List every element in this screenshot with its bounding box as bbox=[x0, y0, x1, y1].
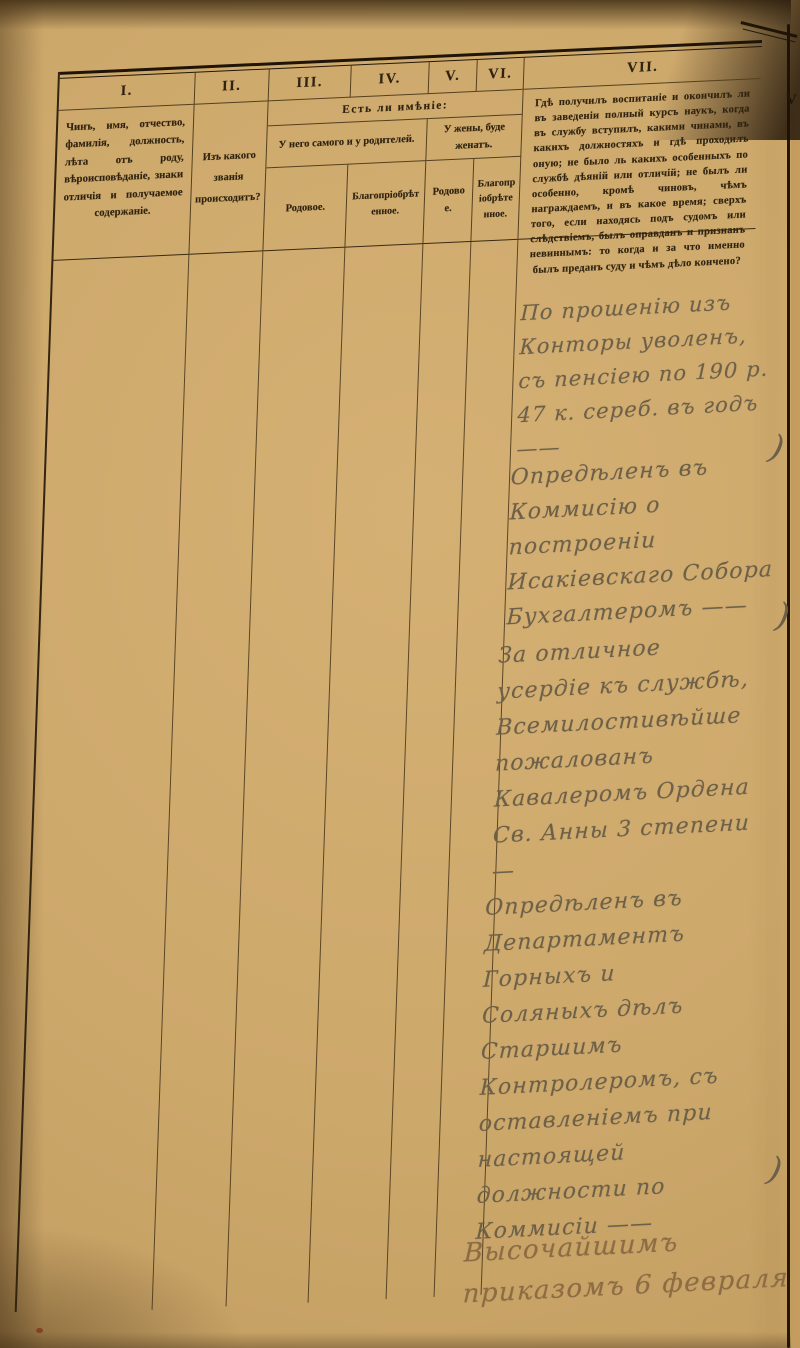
column-rule-3 bbox=[308, 248, 346, 1303]
photo-shadow-bottom bbox=[0, 1332, 800, 1348]
table-header: I. II. III. IV. V. VI. VII. Чинъ, имя, о… bbox=[53, 47, 761, 261]
handwritten-entry-1: По прошенію изъ Конторы уволенъ, съ пенс… bbox=[516, 283, 783, 466]
ink-smudge bbox=[36, 1328, 43, 1333]
service-record-table: I. II. III. IV. V. VI. VII. Чинъ, имя, о… bbox=[15, 40, 762, 1312]
table-body: По прошенію изъ Конторы уволенъ, съ пенс… bbox=[17, 229, 756, 1316]
column-numeral-3: III. bbox=[269, 66, 352, 102]
handwritten-entry-5: Высочайшимъ приказомъ 6 февраля bbox=[462, 1217, 799, 1316]
page-edge bbox=[787, 24, 790, 1348]
header-estate-wife: У жены, буде женатъ. bbox=[426, 115, 522, 161]
column-rule-4 bbox=[386, 244, 424, 1299]
handwritten-entry-4: Опредѣленъ въ Департаментъ Горныхъ и Сол… bbox=[475, 878, 750, 1251]
column-numeral-2: II. bbox=[195, 69, 270, 104]
header-col7-service-history: Гдѣ получилъ воспитаніе и окончилъ ли въ… bbox=[518, 79, 760, 239]
header-estate-self: У него самого и у родителей. bbox=[266, 119, 427, 168]
document-page: V I. II. III. IV. V. VI. VII. Чинъ, имя,… bbox=[0, 0, 800, 1348]
column-numeral-6: VI. bbox=[477, 58, 525, 92]
subheader-self-ancestral: Родовое. bbox=[263, 165, 348, 251]
subheader-self-acquired: Благопріобрѣтенное. bbox=[345, 161, 426, 247]
header-col1-rank-name-description: Чинъ, имя, отчество, фамилія, должность,… bbox=[53, 105, 194, 260]
column-numeral-4: IV. bbox=[351, 62, 430, 98]
margin-flourish-3: ) bbox=[764, 1149, 786, 1191]
handwritten-entry-2: Опредѣленъ въ Коммисію о построеніи Исак… bbox=[506, 447, 779, 636]
adjacent-page-strip bbox=[791, 0, 800, 1348]
column-rule-2 bbox=[226, 251, 264, 1306]
header-col2-origin: Изъ какого званія происходитъ? bbox=[189, 101, 268, 253]
column-rule-5 bbox=[434, 242, 472, 1297]
column-rule-1 bbox=[152, 255, 190, 1310]
subheader-wife-ancestral: Родовое. bbox=[423, 159, 474, 243]
subheader-wife-acquired: Благопріобрѣтенное. bbox=[471, 157, 521, 241]
handwritten-entry-3: За отличное усердіе къ службѣ, Всемилост… bbox=[491, 626, 757, 891]
column-numeral-5: V. bbox=[429, 60, 478, 94]
